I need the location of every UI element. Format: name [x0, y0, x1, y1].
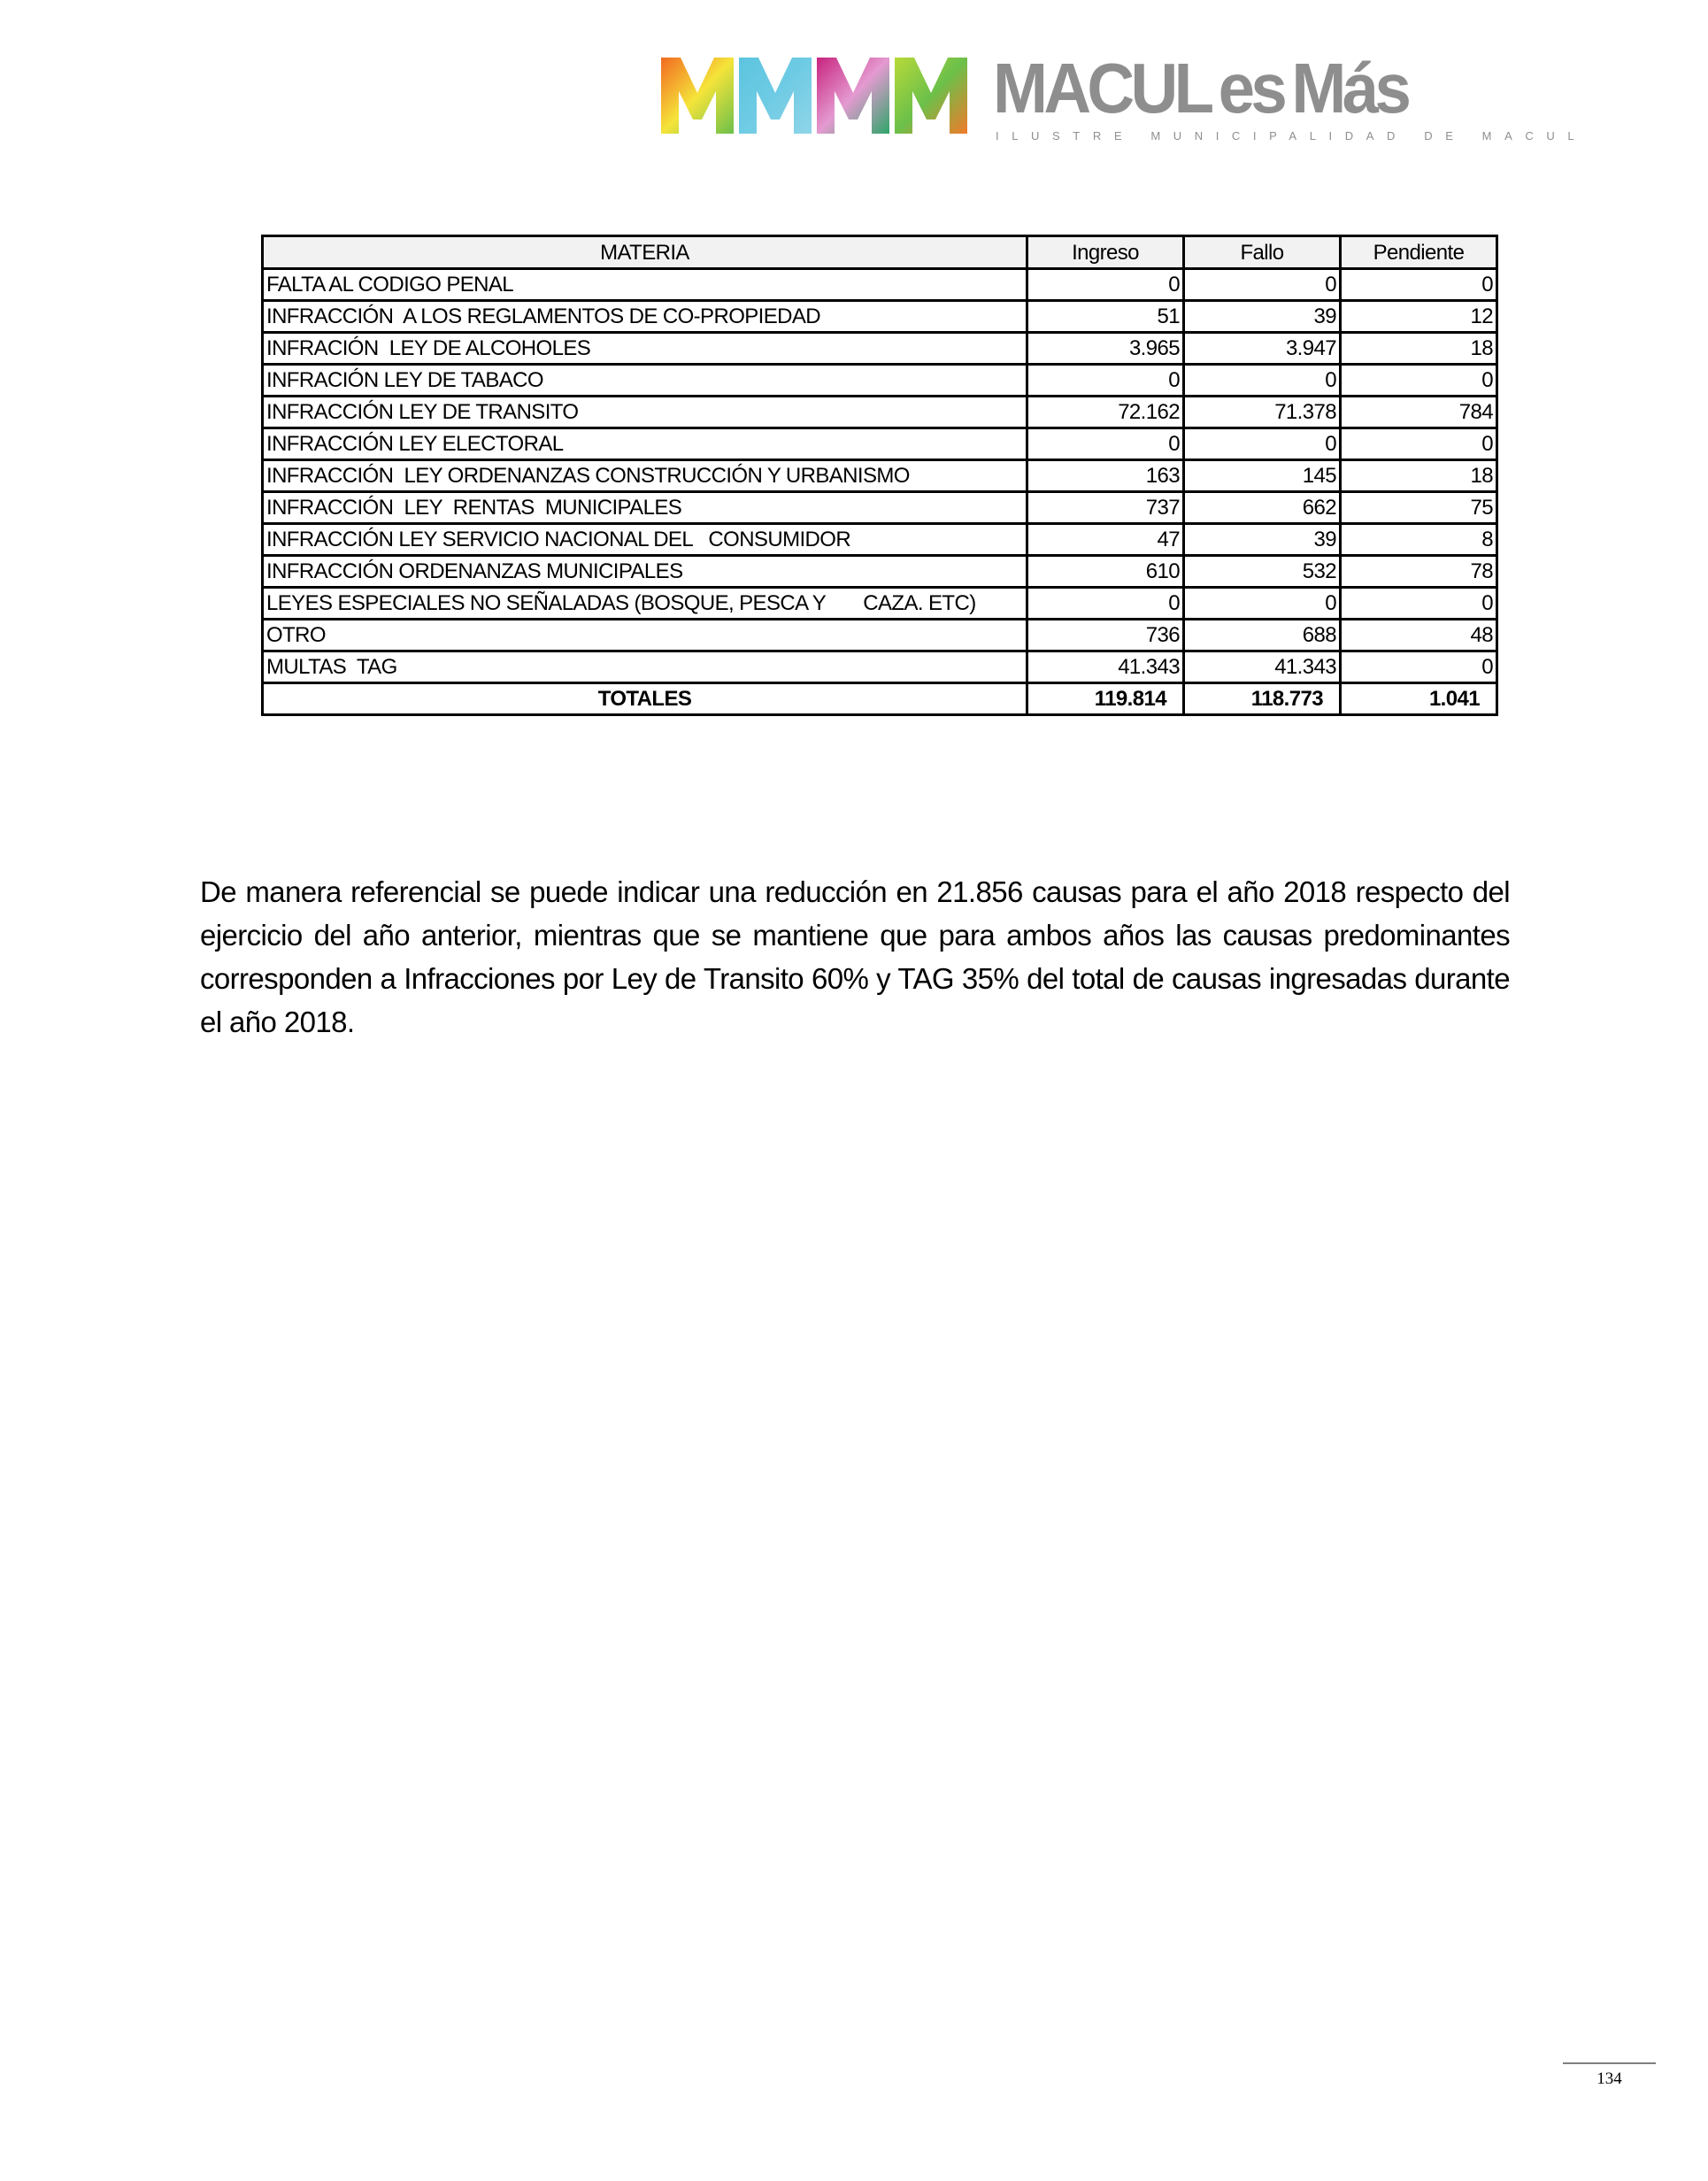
totals-fallo: 118.773: [1184, 683, 1341, 715]
cell-fallo: 39: [1184, 301, 1341, 333]
cell-pendiente: 18: [1341, 460, 1497, 492]
cell-ingreso: 41.343: [1027, 651, 1184, 683]
totals-row: TOTALES 119.814 118.773 1.041: [263, 683, 1497, 715]
cell-materia: LEYES ESPECIALES NO SEÑALADAS (BOSQUE, P…: [263, 588, 1027, 620]
cell-fallo: 0: [1184, 428, 1341, 460]
cell-ingreso: 3.965: [1027, 333, 1184, 365]
cell-fallo: 532: [1184, 556, 1341, 588]
cell-ingreso: 0: [1027, 269, 1184, 301]
cell-pendiente: 0: [1341, 269, 1497, 301]
column-header-fallo: Fallo: [1184, 236, 1341, 269]
causas-table: MATERIA Ingreso Fallo Pendiente FALTA AL…: [261, 235, 1498, 716]
cell-fallo: 0: [1184, 269, 1341, 301]
cell-materia: MULTAS TAG: [263, 651, 1027, 683]
page-number: 134: [1563, 2069, 1656, 2089]
cell-ingreso: 736: [1027, 620, 1184, 651]
table-row: INFRACCIÓN LEY SERVICIO NACIONAL DEL CON…: [263, 524, 1497, 556]
wordmark-es: es: [1219, 49, 1283, 127]
cell-fallo: 71.378: [1184, 397, 1341, 428]
cell-ingreso: 72.162: [1027, 397, 1184, 428]
cell-fallo: 662: [1184, 492, 1341, 524]
cell-materia: INFRACCIÓN LEY RENTAS MUNICIPALES: [263, 492, 1027, 524]
municipality-logo: MACULesMás ILUSTRE MUNICIPALIDAD DE MACU…: [661, 55, 1497, 143]
cell-fallo: 0: [1184, 365, 1341, 397]
table-row: INFRACCIÓN ORDENANZAS MUNICIPALES6105327…: [263, 556, 1497, 588]
table-row: OTRO73668848: [263, 620, 1497, 651]
cell-pendiente: 48: [1341, 620, 1497, 651]
footer-divider: [1563, 2062, 1656, 2064]
table-row: FALTA AL CODIGO PENAL000: [263, 269, 1497, 301]
cell-ingreso: 0: [1027, 428, 1184, 460]
cell-pendiente: 0: [1341, 428, 1497, 460]
cell-ingreso: 610: [1027, 556, 1184, 588]
table-row: INFRACCIÓN LEY RENTAS MUNICIPALES7376627…: [263, 492, 1497, 524]
cell-materia: INFRACCIÓN ORDENANZAS MUNICIPALES: [263, 556, 1027, 588]
cell-pendiente: 0: [1341, 651, 1497, 683]
cell-fallo: 0: [1184, 588, 1341, 620]
cell-materia: FALTA AL CODIGO PENAL: [263, 269, 1027, 301]
cell-pendiente: 78: [1341, 556, 1497, 588]
cell-ingreso: 163: [1027, 460, 1184, 492]
column-header-pendiente: Pendiente: [1341, 236, 1497, 269]
logo-m-letter-icon: [739, 58, 812, 134]
table-row: INFRACCIÓN LEY ELECTORAL000: [263, 428, 1497, 460]
cell-materia: INFRACCIÓN A LOS REGLAMENTOS DE CO-PROPI…: [263, 301, 1027, 333]
cell-pendiente: 18: [1341, 333, 1497, 365]
cell-fallo: 3.947: [1184, 333, 1341, 365]
cell-materia: INFRACCIÓN LEY ORDENANZAS CONSTRUCCIÓN Y…: [263, 460, 1027, 492]
table-row: LEYES ESPECIALES NO SEÑALADAS (BOSQUE, P…: [263, 588, 1497, 620]
table-row: MULTAS TAG41.34341.3430: [263, 651, 1497, 683]
logo-m-letter-icon: [817, 58, 889, 134]
cell-pendiente: 12: [1341, 301, 1497, 333]
logo-subtitle: ILUSTRE MUNICIPALIDAD DE MACUL: [996, 129, 1587, 143]
cell-pendiente: 0: [1341, 365, 1497, 397]
table-row: INFRACIÓN LEY DE ALCOHOLES3.9653.94718: [263, 333, 1497, 365]
cell-ingreso: 0: [1027, 365, 1184, 397]
logo-m-letter-icon: [661, 58, 734, 134]
totals-ingreso: 119.814: [1027, 683, 1184, 715]
table-header-row: MATERIA Ingreso Fallo Pendiente: [263, 236, 1497, 269]
cell-pendiente: 8: [1341, 524, 1497, 556]
cell-pendiente: 784: [1341, 397, 1497, 428]
summary-paragraph: De manera referencial se puede indicar u…: [200, 870, 1510, 1044]
totals-pendiente: 1.041: [1341, 683, 1497, 715]
table-row: INFRACCIÓN LEY DE TRANSITO72.16271.37878…: [263, 397, 1497, 428]
logo-m-letter-icon: [895, 58, 967, 134]
logo-wordmark: MACULesMás: [993, 53, 1407, 124]
cell-pendiente: 75: [1341, 492, 1497, 524]
cell-materia: INFRACCIÓN LEY DE TRANSITO: [263, 397, 1027, 428]
totals-label: TOTALES: [263, 683, 1027, 715]
wordmark-macul: MACUL: [993, 49, 1210, 127]
cell-pendiente: 0: [1341, 588, 1497, 620]
cell-fallo: 688: [1184, 620, 1341, 651]
logo-mmmm-mark: [661, 58, 967, 134]
cell-ingreso: 47: [1027, 524, 1184, 556]
cell-fallo: 145: [1184, 460, 1341, 492]
cell-fallo: 39: [1184, 524, 1341, 556]
cell-fallo: 41.343: [1184, 651, 1341, 683]
cell-materia: OTRO: [263, 620, 1027, 651]
cell-materia: INFRACIÓN LEY DE TABACO: [263, 365, 1027, 397]
cell-ingreso: 0: [1027, 588, 1184, 620]
cell-materia: INFRACCIÓN LEY ELECTORAL: [263, 428, 1027, 460]
wordmark-mas: Más: [1291, 49, 1407, 127]
column-header-ingreso: Ingreso: [1027, 236, 1184, 269]
table-row: INFRACIÓN LEY DE TABACO000: [263, 365, 1497, 397]
cell-ingreso: 51: [1027, 301, 1184, 333]
cell-materia: INFRACIÓN LEY DE ALCOHOLES: [263, 333, 1027, 365]
column-header-materia: MATERIA: [263, 236, 1027, 269]
table-row: INFRACCIÓN A LOS REGLAMENTOS DE CO-PROPI…: [263, 301, 1497, 333]
table-row: INFRACCIÓN LEY ORDENANZAS CONSTRUCCIÓN Y…: [263, 460, 1497, 492]
cell-ingreso: 737: [1027, 492, 1184, 524]
cell-materia: INFRACCIÓN LEY SERVICIO NACIONAL DEL CON…: [263, 524, 1027, 556]
